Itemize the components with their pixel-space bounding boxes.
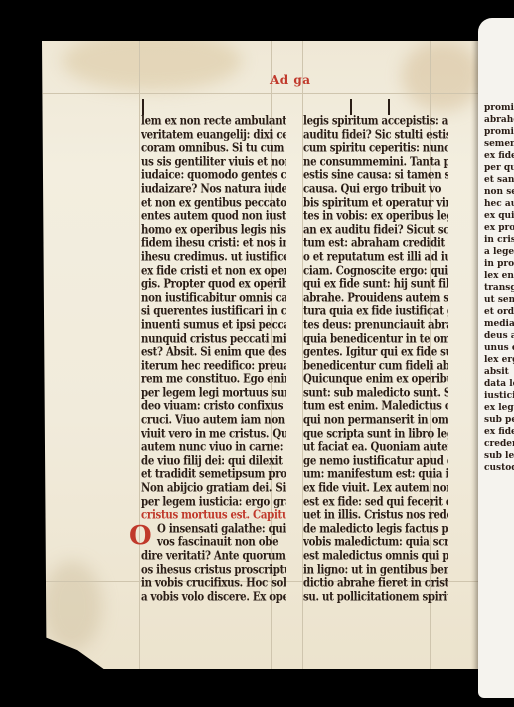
text-line: semen tuum: [478, 138, 514, 150]
text-line: non sermo: [478, 186, 514, 198]
text-line: su. ut pollicitationem spiritus: [303, 589, 448, 605]
text-line: ex promissione: [478, 222, 514, 234]
text-line: transgressio: [478, 282, 514, 294]
text-line: unus est: [478, 342, 514, 354]
running-head: Ad ga: [270, 73, 311, 87]
text-line: ex fide sunt: [478, 150, 514, 162]
text-line: in promissione: [478, 258, 514, 270]
ascender-stroke: [350, 99, 352, 115]
ruling-line: [139, 41, 140, 669]
text-line: et sancti: [478, 174, 514, 186]
right-text-column: legis spiritum accepistis: an ex auditu …: [303, 115, 448, 604]
ascender-stroke: [388, 99, 390, 115]
text-line: custodiebamur: [478, 462, 514, 474]
ascender-stroke: [142, 99, 144, 115]
text-line: ex lege: [478, 402, 514, 414]
text-line: iusticia: [478, 390, 514, 402]
text-line: credentibus: [478, 438, 514, 450]
text-line: sub peccato: [478, 414, 514, 426]
text-line: promissione: [478, 126, 514, 138]
text-line: ex fide ihesu: [478, 426, 514, 438]
text-line: ut semen: [478, 294, 514, 306]
text-line: absit: [478, 366, 514, 378]
left-text-column: O lem ex non recte ambulant ad veritatem…: [141, 115, 286, 604]
text-line: in cristum: [478, 234, 514, 246]
text-line: deus autem: [478, 330, 514, 342]
text-line: promissio: [478, 102, 514, 114]
text-line: mediator: [478, 318, 514, 330]
text-line: data lex: [478, 378, 514, 390]
text-line: lex enim: [478, 270, 514, 282]
text-line: ex quibus: [478, 210, 514, 222]
manuscript-leaf: Ad ga O lem ex non recte ambulant ad ver…: [42, 41, 482, 669]
text-line: lex ergo: [478, 354, 514, 366]
ruling-line: [42, 93, 482, 94]
text-line: sub lege: [478, 450, 514, 462]
text-line: et ordinata: [478, 306, 514, 318]
text-line: per quem: [478, 162, 514, 174]
foxing-stain: [62, 31, 242, 91]
text-line: a lege: [478, 246, 514, 258]
foxing-stain: [42, 561, 102, 651]
facing-page-edge: promissio abrahe dictum promissione seme…: [478, 18, 514, 698]
text-line: hec autem di: [478, 198, 514, 210]
facing-page-text: promissio abrahe dictum promissione seme…: [478, 102, 514, 474]
text-line: a vobis volo discere. Ex operibus: [141, 589, 286, 605]
text-line: abrahe dictum: [478, 114, 514, 126]
